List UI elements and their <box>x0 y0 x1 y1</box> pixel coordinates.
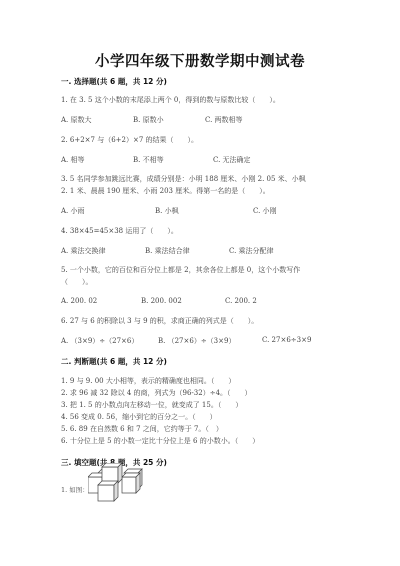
question-text: 4. 38×45=45×38 运用了（ ）。 <box>61 226 178 236</box>
option-c: C. 无法确定 <box>213 155 251 165</box>
option-c: C. 200. 2 <box>225 297 257 305</box>
option-a: A. 乘法交换律 <box>61 246 106 256</box>
option-a: A. 200. 02 <box>61 297 97 305</box>
judgment-item: 2. 求 96 减 32 除以 4 的商，列式为（96-32）÷4。（ ） <box>61 388 252 398</box>
judgment-item: 1. 9 与 9. 00 大小相等，表示的精确度也相同。（ ） <box>61 376 235 386</box>
judgment-item: 6. 十分位上是 5 的小数一定比十分位上是 6 的小数小。（ ） <box>61 436 259 446</box>
option-b: B. 小枫 <box>155 206 179 216</box>
option-c: C. 两数相等 <box>205 115 243 125</box>
option-b: B. 原数小 <box>133 115 164 125</box>
fill-blank-question-label: 1. 如图： <box>61 485 89 494</box>
option-b: B. 不相等 <box>133 155 164 165</box>
option-c: C. 27×6÷3×9 <box>262 336 311 344</box>
question-text: 1. 在 3. 5 这个小数的末尾添上两个 0，得到的数与原数比较（ ）。 <box>61 95 280 105</box>
question-text: 6. 27 与 6 的积除以 3 与 9 的积，求商正确的列式是（ ）。 <box>61 316 258 326</box>
question-text-line1: 3. 5 名同学参加跳远比赛，成绩分别是：小明 188 厘米、小刚 2. 05 … <box>61 174 306 184</box>
option-b: B. （27×6）÷（3×9） <box>158 336 235 346</box>
exam-page: 小学四年级下册数学期中测试卷 一. 选择题(共 6 题，共 12 分) 1. 在… <box>0 0 400 566</box>
question-text-line2: 2. 1 米、晨晨 190 厘米、小雨 203 厘米。得第一名的是（ ）。 <box>61 186 270 196</box>
judgment-item: 4. 56 变成 0. 56，缩小到它的百分之一。（ ） <box>61 412 217 422</box>
option-b: B. 200. 002 <box>141 297 182 305</box>
question-text: 2. 6+2×7 与（6+2）×7 的结果（ ）。 <box>61 135 198 145</box>
option-c: C. 乘法分配律 <box>229 246 274 256</box>
option-a: A. 原数大 <box>61 115 92 125</box>
option-a: A. 小雨 <box>61 206 85 216</box>
section-heading-true-false: 二. 判断题(共 6 题，共 12 分) <box>61 356 167 367</box>
cube-stack-figure <box>88 463 144 505</box>
question-text-line2: （ ）。 <box>61 277 93 287</box>
exam-title: 小学四年级下册数学期中测试卷 <box>0 50 400 71</box>
option-c: C. 小刚 <box>253 206 277 216</box>
option-a: A. 相等 <box>61 155 85 165</box>
option-b: B. 乘法结合律 <box>145 246 190 256</box>
judgment-item: 5. 6. 89 在自然数 6 和 7 之间，它约等于 7。（ ） <box>61 424 223 434</box>
option-a: A. （3×9）÷（27×6） <box>61 336 138 346</box>
judgment-item: 3. 把 1. 5 的小数点向左移动一位，就变成了 15。（ ） <box>61 400 242 410</box>
question-text-line1: 5. 一个小数，它的百位和百分位上都是 2，其余各位上都是 0，这个小数写作 <box>61 265 300 275</box>
section-heading-multiple-choice: 一. 选择题(共 6 题，共 12 分) <box>61 76 167 87</box>
